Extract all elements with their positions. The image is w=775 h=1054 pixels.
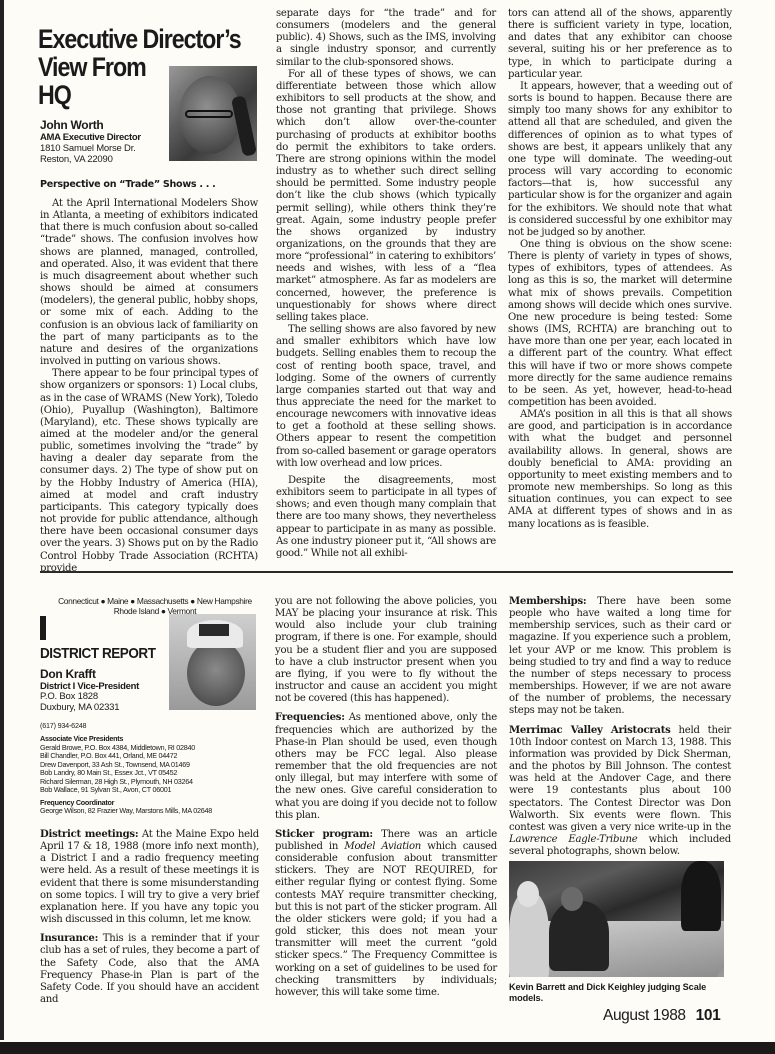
section-meetings: District meetings: At the Maine Expo hel… bbox=[40, 829, 259, 926]
district-states: Connecticut ● Maine ● Massachusetts ● Ne… bbox=[40, 596, 270, 616]
section-lead: Memberships: bbox=[509, 596, 586, 607]
section-text: There have been some people who have wai… bbox=[509, 596, 731, 716]
article-column-1: At the April International Modelers Show… bbox=[40, 198, 258, 575]
section-insurance: Insurance: This is a reminder that if yo… bbox=[40, 933, 259, 1006]
section-sticker: Sticker program: There was an article pu… bbox=[275, 829, 497, 999]
article-divider bbox=[40, 571, 733, 573]
paragraph: At the April International Modelers Show… bbox=[40, 198, 258, 368]
section-frequencies: Frequencies: As mentioned above, only th… bbox=[275, 712, 497, 821]
author-address: 1810 Samuel Morse Dr. bbox=[40, 143, 141, 154]
paragraph: AMA’s position in all this is that all s… bbox=[508, 409, 732, 531]
author-role: AMA Executive Director bbox=[40, 132, 141, 143]
page-footer: August 1988101 bbox=[603, 1007, 720, 1025]
section-lead: District meetings: bbox=[40, 829, 138, 840]
paragraph: For all of these types of shows, we can … bbox=[276, 69, 496, 324]
district-column-3: Memberships: There have been some people… bbox=[509, 596, 731, 858]
section-lead: Frequencies: bbox=[275, 712, 345, 723]
avp-entry: Bob Wallace, 91 Sylvan St., Avon, CT 060… bbox=[40, 786, 270, 795]
paragraph: There appear to be four principal types … bbox=[40, 368, 258, 575]
author-photo bbox=[169, 66, 257, 161]
section-lead: Merrimac Valley Aristocrats bbox=[509, 725, 671, 736]
author-block: John Worth AMA Executive Director 1810 S… bbox=[40, 118, 141, 165]
paragraph: tors can attend all of the shows, appare… bbox=[508, 8, 732, 81]
vp-phone: (617) 934-6248 bbox=[40, 721, 86, 730]
issue-date: August 1988 bbox=[603, 1007, 686, 1024]
district-column-2: you are not following the above policies… bbox=[275, 596, 497, 999]
section-memberships: Memberships: There have been some people… bbox=[509, 596, 731, 718]
vp-city: Duxbury, MA 02331 bbox=[40, 703, 139, 714]
district-column-1: District meetings: At the Maine Expo hel… bbox=[40, 829, 259, 1006]
vp-block: Don Krafft District I Vice-President P.O… bbox=[40, 667, 139, 714]
paragraph: It appears, however, that a weeding out … bbox=[508, 81, 732, 239]
vp-photo bbox=[169, 614, 256, 710]
paragraph: The selling shows are also favored by ne… bbox=[276, 324, 496, 470]
district-numeral-icon bbox=[40, 616, 46, 640]
publication-title: Model Aviation bbox=[344, 841, 421, 852]
section-subhead: Perspective on “Trade” Shows . . . bbox=[40, 179, 215, 190]
title-line: Executive Director’s bbox=[38, 25, 236, 53]
district-report-title: DISTRICT REPORT bbox=[40, 645, 156, 662]
article-column-2: separate days for “the trade” and for co… bbox=[276, 8, 496, 560]
section-text: which caused considerable confusion abou… bbox=[275, 841, 497, 998]
contest-photo bbox=[509, 861, 724, 977]
section-text: held their 10th Indoor contest on March … bbox=[509, 725, 731, 833]
vp-name: Don Krafft bbox=[40, 667, 139, 681]
section-text: At the Maine Expo held April 17 & 18, 19… bbox=[40, 829, 259, 925]
paragraph: One thing is obvious on the show scene: … bbox=[508, 239, 732, 409]
section-lead: Insurance: bbox=[40, 933, 98, 944]
article-column-3: tors can attend all of the shows, appare… bbox=[508, 8, 732, 531]
page-edge-shadow bbox=[0, 0, 4, 1040]
avp-list: Associate Vice Presidents Gerald Browe, … bbox=[40, 735, 270, 816]
section-merrimac: Merrimac Valley Aristocrats held their 1… bbox=[509, 725, 731, 859]
page-number: 101 bbox=[696, 1007, 721, 1024]
scan-border bbox=[0, 1042, 775, 1054]
author-name: John Worth bbox=[40, 118, 141, 132]
author-city: Reston, VA 22090 bbox=[40, 154, 141, 165]
section-lead: Sticker program: bbox=[275, 829, 373, 840]
photo-caption: Kevin Barrett and Dick Keighley judging … bbox=[509, 982, 731, 1003]
paragraph: separate days for “the trade” and for co… bbox=[276, 8, 496, 69]
publication-title: Lawrence Eagle-Tribune bbox=[509, 834, 637, 845]
paragraph: Despite the disagreements, most exhibito… bbox=[276, 475, 496, 560]
section-insurance-continued: you are not following the above policies… bbox=[275, 596, 497, 705]
section-text: As mentioned above, only the frequencies… bbox=[275, 712, 497, 820]
states-line: Connecticut ● Maine ● Massachusetts ● Ne… bbox=[40, 596, 270, 606]
freq-coordinator: George Wilson, 82 Frazier Way, Marstons … bbox=[40, 807, 270, 816]
